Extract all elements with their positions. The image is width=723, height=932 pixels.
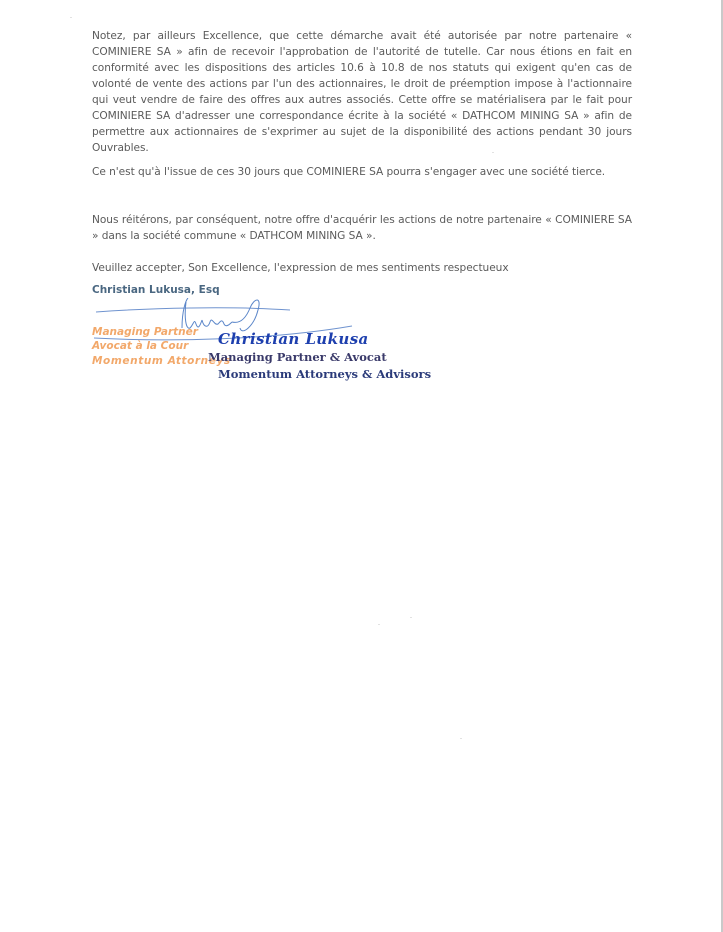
scan-speck xyxy=(378,624,380,625)
signatory-title-managing-partner: Managing Partner xyxy=(92,326,198,338)
paragraph-reiterate-offer: Nous réitérons, par conséquent, notre of… xyxy=(92,212,632,244)
stamp-title: Managing Partner & Avocat xyxy=(208,350,387,364)
scan-speck xyxy=(410,617,412,618)
stamp-firm: Momentum Attorneys & Advisors xyxy=(218,367,431,381)
paragraph-preemption: Notez, par ailleurs Excellence, que cett… xyxy=(92,28,632,156)
scan-speck xyxy=(492,152,494,153)
stamp-name: Christian Lukusa xyxy=(218,330,369,348)
paragraph-closing: Veuillez accepter, Son Excellence, l'exp… xyxy=(92,260,632,276)
scan-speck xyxy=(70,17,72,18)
scan-speck xyxy=(460,738,462,739)
signatory-name: Christian Lukusa, Esq xyxy=(92,284,220,296)
paragraph-thirty-days: Ce n'est qu'à l'issue de ces 30 jours qu… xyxy=(92,164,632,180)
document-page: Notez, par ailleurs Excellence, que cett… xyxy=(0,0,720,932)
signatory-title-avocat: Avocat à la Cour xyxy=(92,340,188,352)
